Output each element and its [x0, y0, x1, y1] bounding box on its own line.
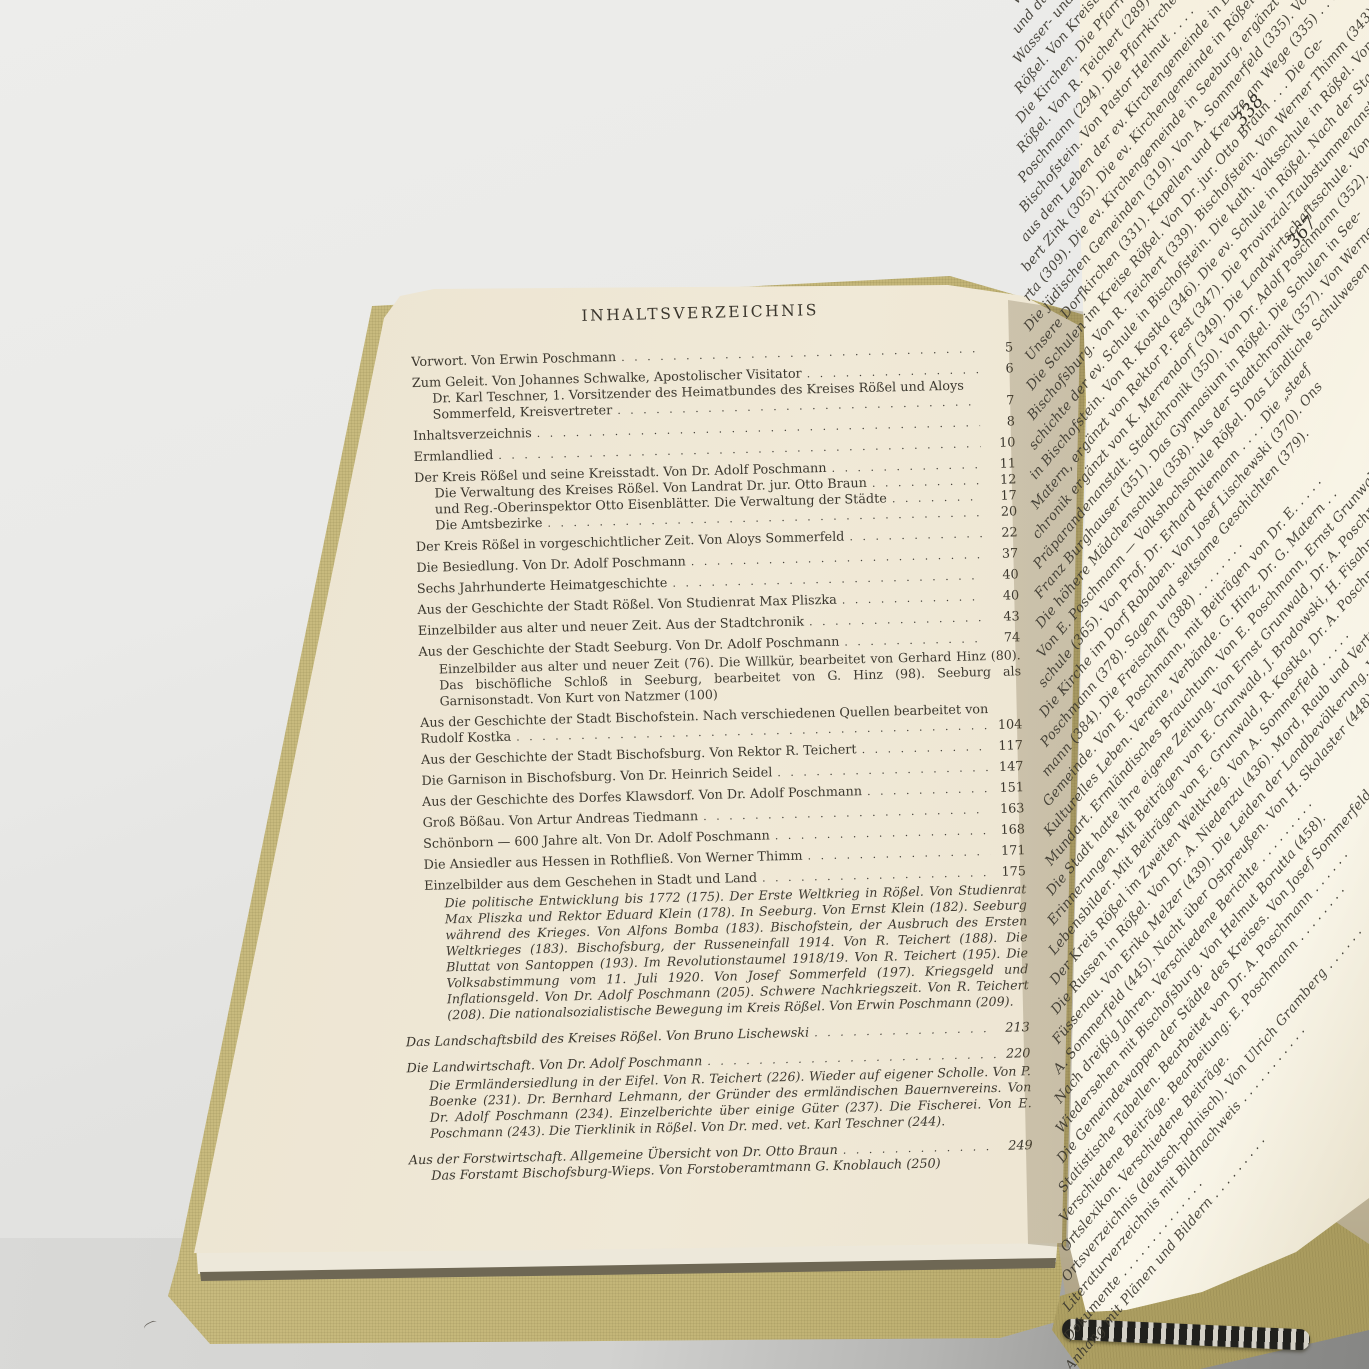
leader-dots — [691, 547, 984, 569]
toc-entry-title: Groß Bößau. Von Artur Andreas Tiedmann — [422, 809, 698, 831]
leader-dots — [777, 760, 988, 780]
table-of-contents: INHALTSVERZEICHNIS Vorwort. Von Erwin Po… — [388, 296, 1033, 1184]
toc-list: Vorwort. Von Erwin Poschmann5Zum Geleit.… — [389, 340, 1033, 1184]
toc-page-number: 5 — [983, 340, 1013, 356]
leader-dots — [672, 568, 984, 591]
leader-dots — [844, 631, 985, 649]
toc-entry-title: Die Garnison in Bischofsburg. Von Dr. He… — [421, 765, 772, 789]
toc-entry-title: Die Ansiedler aus Hessen in Rothfließ. V… — [423, 849, 802, 873]
leader-dots — [703, 802, 990, 824]
toc-entry-title: Schönborn — 600 Jahre alt. Von Dr. Adolf… — [423, 828, 770, 851]
toc-entry-title: Einzelbilder aus alter und neuer Zeit. A… — [418, 615, 804, 639]
leader-dots — [814, 1021, 995, 1040]
leader-dots — [809, 610, 985, 629]
leader-dots — [621, 341, 978, 365]
leader-dots — [849, 526, 983, 544]
leader-dots — [842, 589, 985, 607]
toc-entry-title: Sechs Jahrhunderte Heimatgeschichte — [417, 576, 668, 597]
toc-subentry-paragraph: Die Ermländersiedlung in der Eifel. Von … — [407, 1063, 1032, 1142]
toc-entry-title: Die Besiedlung. Von Dr. Adolf Poschmann — [416, 554, 686, 576]
toc-entry-title: Sommerfeld, Kreisvertreter — [432, 403, 612, 422]
leader-dots — [892, 489, 982, 506]
book-photo: INHALTSVERZEICHNIS Vorwort. Von Erwin Po… — [0, 0, 1369, 1369]
leader-dots — [872, 473, 982, 491]
leader-dots — [807, 844, 990, 863]
leader-dots — [867, 781, 989, 799]
leader-dots — [775, 823, 990, 843]
toc-entry-title: Die Amtsbezirke — [435, 516, 542, 534]
toc-entry-title: Ermlandlied — [413, 448, 493, 465]
toc-subentry-paragraph: Die politische Entwicklung bis 1772 (175… — [402, 881, 1029, 1024]
toc-entry-title: Vorwort. Von Erwin Poschmann — [411, 350, 616, 370]
toc-page-number: 6 — [984, 361, 1014, 377]
toc-entry-title: Inhaltsverzeichnis — [413, 426, 532, 444]
toc-entry-title: Rudolf Kostka — [420, 730, 511, 747]
turning-page-text: Handel und Gewerbe. Von Erwin Poschmann … — [1005, 0, 1369, 583]
toc-entry: Das Landschaftsbild des Kreises Rößel. V… — [406, 1020, 1030, 1050]
toc-entry-title: Aus der Geschichte der Stadt Rößel. Von … — [417, 593, 837, 618]
toc-entry-title: Das Landschaftsbild des Kreises Rößel. V… — [406, 1026, 810, 1051]
leader-dots — [861, 739, 988, 757]
